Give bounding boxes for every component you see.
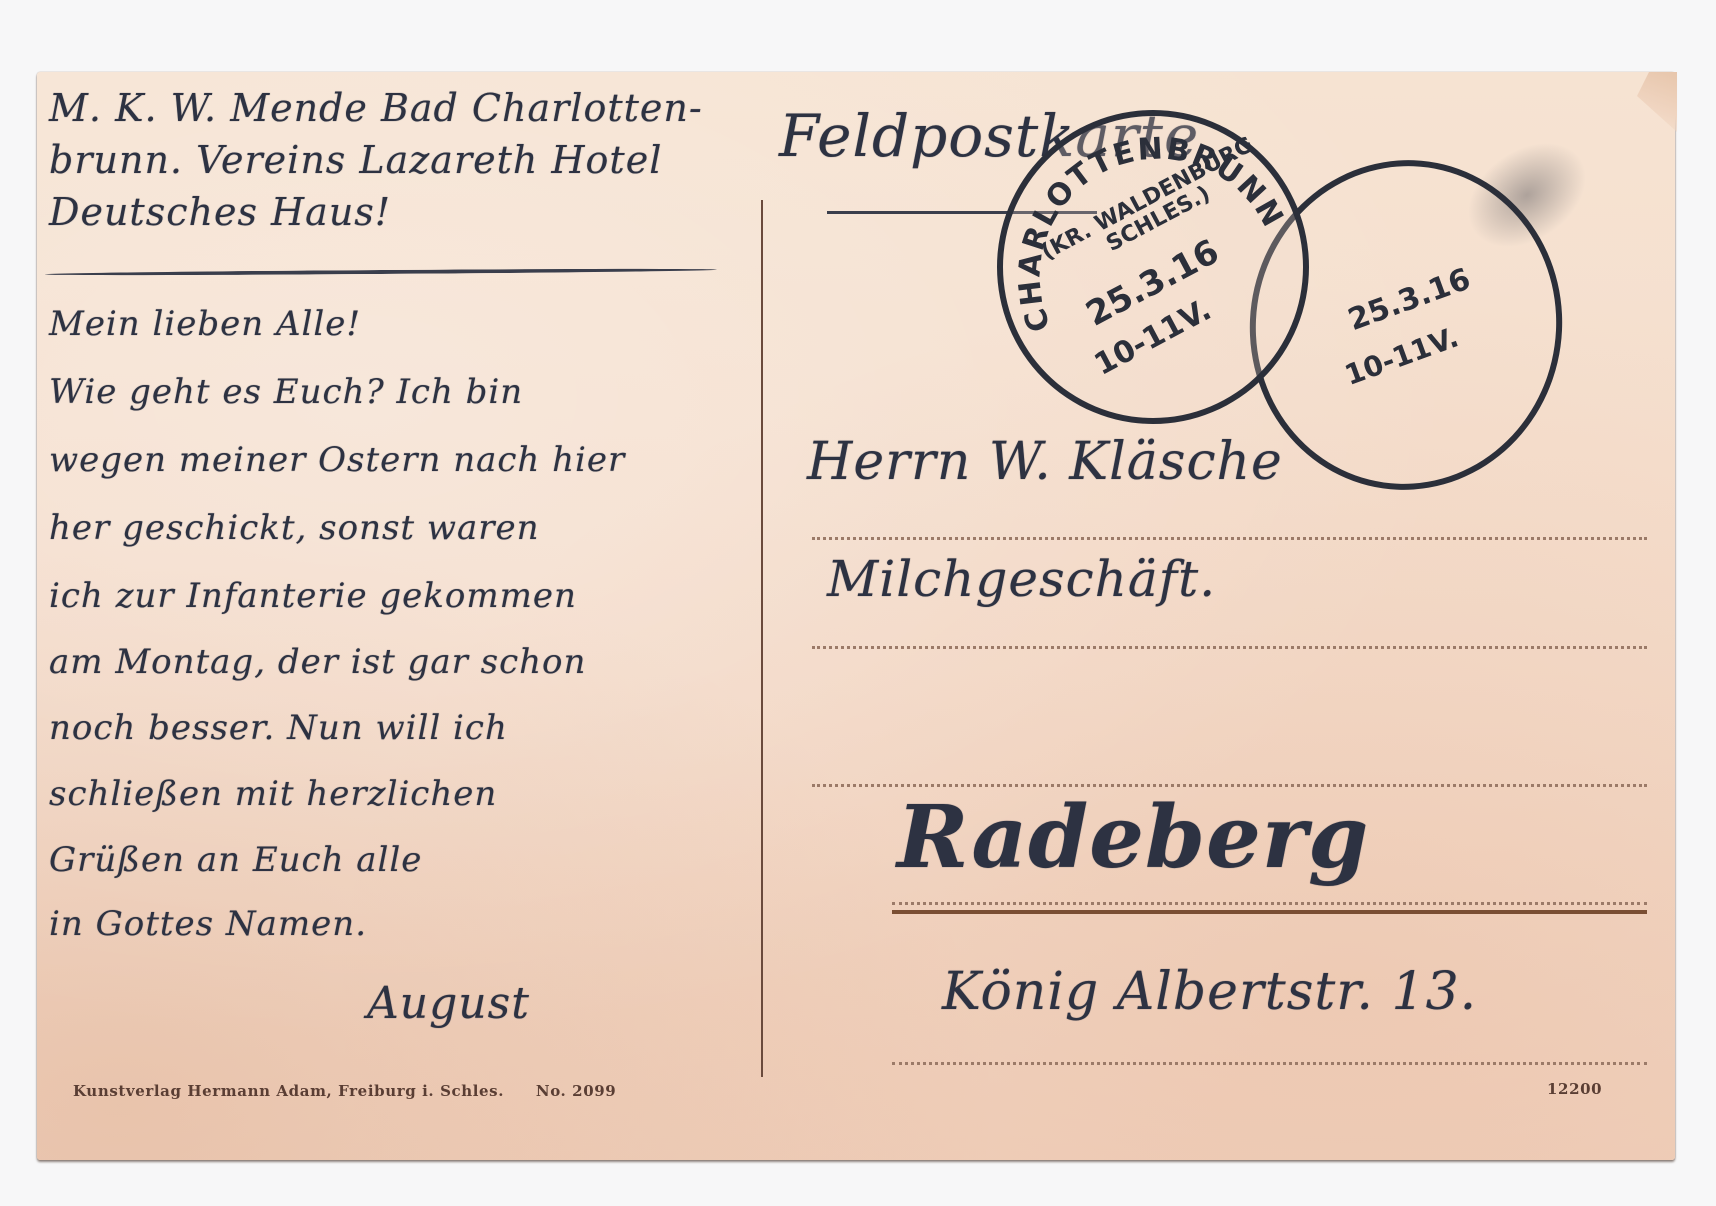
- recipient-business: Milchgeschäft.: [827, 550, 1216, 608]
- address-line-2: [812, 646, 1647, 649]
- postmark-1: CHARLOTTENBRUNN (KR. WALDENBURG SCHLES.)…: [997, 110, 1309, 424]
- city-underline: [892, 910, 1647, 914]
- bent-corner: [1637, 72, 1677, 132]
- postcard: M. K. W. Mende Bad Charlotten- brunn. Ve…: [37, 72, 1675, 1160]
- message-line: noch besser. Nun will ich: [49, 708, 508, 748]
- message-line: ich zur Infanterie gekommen: [49, 576, 577, 616]
- center-divider: [761, 200, 763, 1077]
- recipient-street: König Albertstr. 13.: [942, 962, 1477, 1022]
- print-code: 12200: [1547, 1080, 1602, 1098]
- message-line: Wie geht es Euch? Ich bin: [49, 372, 523, 412]
- publisher-imprint: Kunstverlag Hermann Adam, Freiburg i. Sc…: [73, 1082, 616, 1100]
- handwritten-underline: [45, 268, 717, 277]
- message-line: in Gottes Namen.: [49, 904, 367, 944]
- recipient-city: Radeberg: [897, 787, 1369, 888]
- publisher-name: Kunstverlag Hermann Adam, Freiburg i. Sc…: [73, 1082, 504, 1100]
- recipient-name: Herrn W. Kläsche: [807, 432, 1283, 492]
- message-greeting: Mein lieben Alle!: [49, 304, 361, 344]
- message-line: schließen mit herzlichen: [49, 774, 497, 814]
- address-line-5: [892, 1062, 1647, 1065]
- message-line: Grüßen an Euch alle: [49, 840, 422, 880]
- address-line-1: [812, 537, 1647, 540]
- address-line-4: [892, 902, 1647, 905]
- signature: August: [367, 978, 530, 1029]
- sender-line-3: Deutsches Haus!: [49, 190, 391, 234]
- message-line: her geschickt, sonst waren: [49, 508, 540, 548]
- sender-line-1: M. K. W. Mende Bad Charlotten-: [49, 86, 703, 130]
- card-number: No. 2099: [536, 1082, 616, 1100]
- message-line: am Montag, der ist gar schon: [49, 642, 586, 682]
- message-line: wegen meiner Ostern nach hier: [49, 440, 625, 480]
- sender-line-2: brunn. Vereins Lazareth Hotel: [49, 138, 662, 182]
